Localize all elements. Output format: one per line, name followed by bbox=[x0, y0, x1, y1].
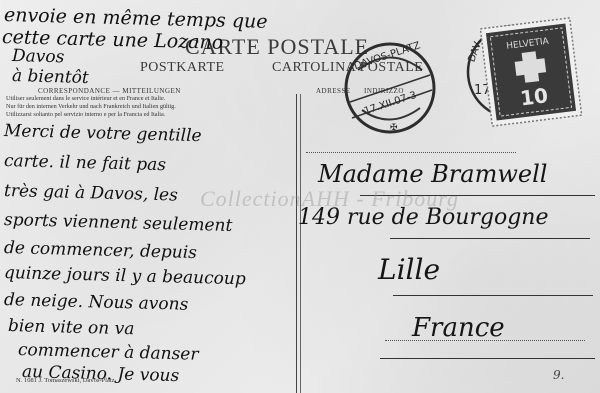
center-divider-inner bbox=[300, 94, 301, 393]
publisher-imprint: N. 1081 J. Tomaszewski, Davos-Platz. bbox=[16, 377, 116, 384]
svg-text:✠: ✠ bbox=[390, 123, 398, 133]
svg-text:10: 10 bbox=[519, 83, 550, 110]
address-line-1 bbox=[306, 152, 516, 153]
svg-text:17.XII.07-3: 17.XII.07-3 bbox=[363, 90, 418, 117]
pencil-note: 9. bbox=[553, 368, 564, 382]
postage-stamp: HELVETIA 10 bbox=[479, 17, 583, 127]
notice-line-it: Utilizzarsi soltanto pel servizio intern… bbox=[6, 111, 165, 118]
postmark-icon: DAVOS-PLATZ 17.XII.07-3 ✠ bbox=[340, 30, 440, 140]
postmark-davos-platz: DAVOS-PLATZ 17.XII.07-3 ✠ bbox=[340, 30, 440, 140]
message-top-line-4: à bientôt bbox=[12, 66, 89, 88]
stamp-icon: HELVETIA 10 bbox=[479, 17, 583, 127]
recipient-city: Lille bbox=[378, 253, 440, 286]
title-postkarte: POSTKARTE bbox=[140, 60, 225, 76]
address-line-3 bbox=[390, 238, 590, 239]
correspondence-label: CORRESPONDANCE — MITTEILUNGEN bbox=[38, 87, 181, 95]
message-top-line-3: Davos bbox=[12, 46, 65, 67]
address-line-6 bbox=[380, 358, 595, 359]
postcard: CARTE POSTALE POSTKARTE CARTOLINA POSTAL… bbox=[0, 0, 600, 393]
center-divider bbox=[296, 94, 297, 393]
address-line-4 bbox=[393, 295, 593, 296]
notice-line-de: Nur für den internen Verkehr und nach Fr… bbox=[6, 103, 176, 110]
recipient-name: Madame Bramwell bbox=[318, 160, 547, 188]
message-line-2: carte. il ne fait pas bbox=[4, 151, 166, 175]
recipient-country: France bbox=[412, 313, 505, 343]
message-line-8: bien vite on va bbox=[8, 316, 135, 339]
notice-line-fr: Utiliser seulement dans le service intér… bbox=[6, 95, 165, 102]
recipient-street: 149 rue de Bourgogne bbox=[298, 205, 548, 230]
